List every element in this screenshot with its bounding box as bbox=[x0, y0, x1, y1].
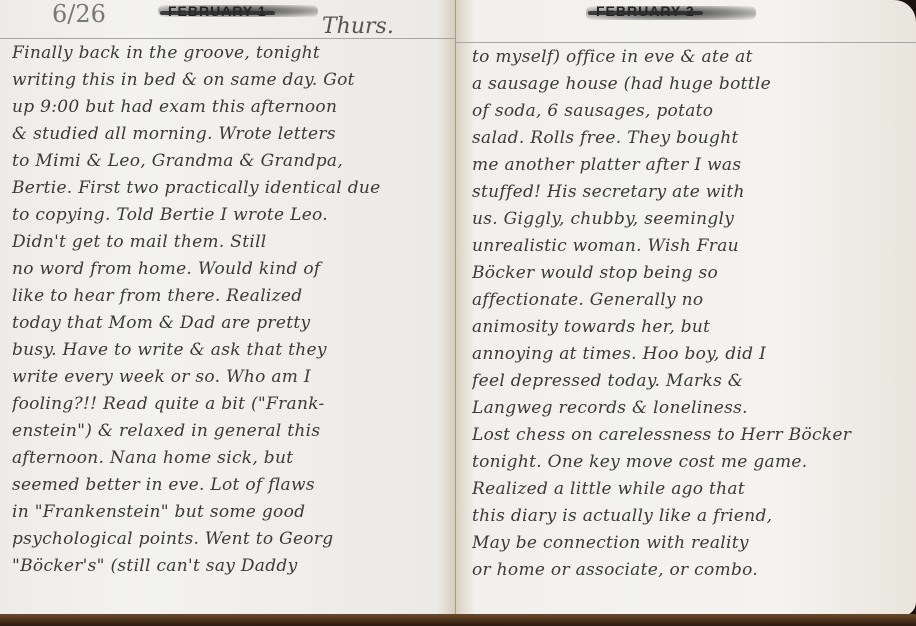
text-line: or home or associate, or combo. bbox=[472, 557, 906, 584]
bleed-through-text bbox=[636, 6, 642, 30]
text-line: of soda, 6 sausages, potato bbox=[472, 98, 906, 125]
text-line: Realized a little while ago that bbox=[472, 476, 906, 503]
handwritten-date: 6/26 bbox=[52, 0, 106, 28]
printed-date-header: FEBRUARY 2 bbox=[596, 3, 695, 19]
text-line: busy. Have to write & ask that they bbox=[12, 337, 445, 364]
text-line: Bertie. First two practically identical … bbox=[12, 175, 445, 202]
text-line: affectionate. Generally no bbox=[472, 287, 906, 314]
text-line: psychological points. Went to Georg bbox=[12, 526, 445, 553]
text-line: stuffed! His secretary ate with bbox=[472, 179, 906, 206]
right-entry-text: to myself) office in eve & ate at a saus… bbox=[472, 44, 906, 584]
text-line: annoying at times. Hoo boy, did I bbox=[472, 341, 906, 368]
text-line: unrealistic woman. Wish Frau bbox=[472, 233, 906, 260]
text-line: feel depressed today. Marks & bbox=[472, 368, 906, 395]
text-line: write every week or so. Who am I bbox=[12, 364, 445, 391]
text-line: tonight. One key move cost me game. bbox=[472, 449, 906, 476]
text-line: a sausage house (had huge bottle bbox=[472, 71, 906, 98]
text-line: animosity towards her, but bbox=[472, 314, 906, 341]
text-line: writing this in bed & on same day. Got bbox=[12, 67, 445, 94]
text-line: me another platter after I was bbox=[472, 152, 906, 179]
text-line: up 9:00 but had exam this afternoon bbox=[12, 94, 445, 121]
text-line: to myself) office in eve & ate at bbox=[472, 44, 906, 71]
text-line: Finally back in the groove, tonight bbox=[12, 40, 445, 67]
text-line: Böcker would stop being so bbox=[472, 260, 906, 287]
header-rule bbox=[456, 42, 916, 43]
text-line: us. Giggly, chubby, seemingly bbox=[472, 206, 906, 233]
text-line: "Böcker's" (still can't say Daddy bbox=[12, 553, 445, 580]
text-line: Langweg records & loneliness. bbox=[472, 395, 906, 422]
header-rule bbox=[0, 38, 455, 39]
text-line: fooling?!! Read quite a bit ("Frank- bbox=[12, 391, 445, 418]
text-line: to Mimi & Leo, Grandma & Grandpa, bbox=[12, 148, 445, 175]
text-line: this diary is actually like a friend, bbox=[472, 503, 906, 530]
text-line: salad. Rolls free. They bought bbox=[472, 125, 906, 152]
text-line: in "Frankenstein" but some good bbox=[12, 499, 445, 526]
text-line: enstein") & relaxed in general this bbox=[12, 418, 445, 445]
notebook-bottom-edge bbox=[0, 614, 916, 626]
text-line: no word from home. Would kind of bbox=[12, 256, 445, 283]
text-line: Lost chess on carelessness to Herr Böcke… bbox=[472, 422, 906, 449]
text-line: Didn't get to mail them. Still bbox=[12, 229, 445, 256]
text-line: like to hear from there. Realized bbox=[12, 283, 445, 310]
text-line: today that Mom & Dad are pretty bbox=[12, 310, 445, 337]
text-line: afternoon. Nana home sick, but bbox=[12, 445, 445, 472]
right-page: FEBRUARY 2 to myself) office in eve & at… bbox=[456, 0, 916, 616]
text-line: May be connection with reality bbox=[472, 530, 906, 557]
printed-date-header: FEBRUARY 1 bbox=[168, 3, 267, 19]
left-entry-text: Finally back in the groove, tonight writ… bbox=[12, 40, 445, 580]
left-page: FEBRUARY 1 6/26 Thurs. Finally back in t… bbox=[0, 0, 456, 616]
text-line: seemed better in eve. Lot of flaws bbox=[12, 472, 445, 499]
notebook-spread: FEBRUARY 1 6/26 Thurs. Finally back in t… bbox=[0, 0, 916, 616]
handwritten-day: Thurs. bbox=[322, 14, 394, 39]
text-line: & studied all morning. Wrote letters bbox=[12, 121, 445, 148]
text-line: to copying. Told Bertie I wrote Leo. bbox=[12, 202, 445, 229]
